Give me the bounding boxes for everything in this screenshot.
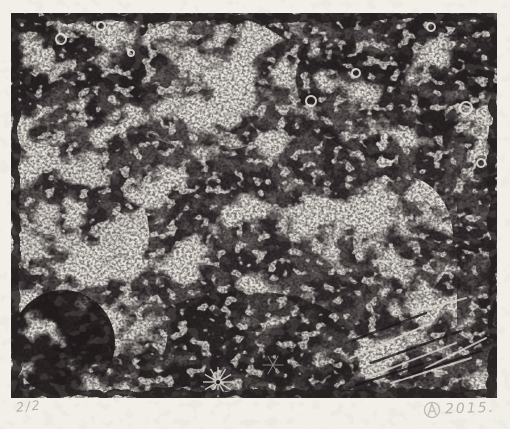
print-plate bbox=[0, 0, 510, 429]
edition-number: 2/2 bbox=[15, 398, 42, 416]
signature: 2015. bbox=[422, 398, 496, 421]
artwork-scan: 2/2 2015. bbox=[0, 0, 510, 429]
paper-grain bbox=[0, 0, 510, 429]
artist-monogram bbox=[422, 400, 443, 421]
signature-year: 2015. bbox=[445, 400, 496, 418]
